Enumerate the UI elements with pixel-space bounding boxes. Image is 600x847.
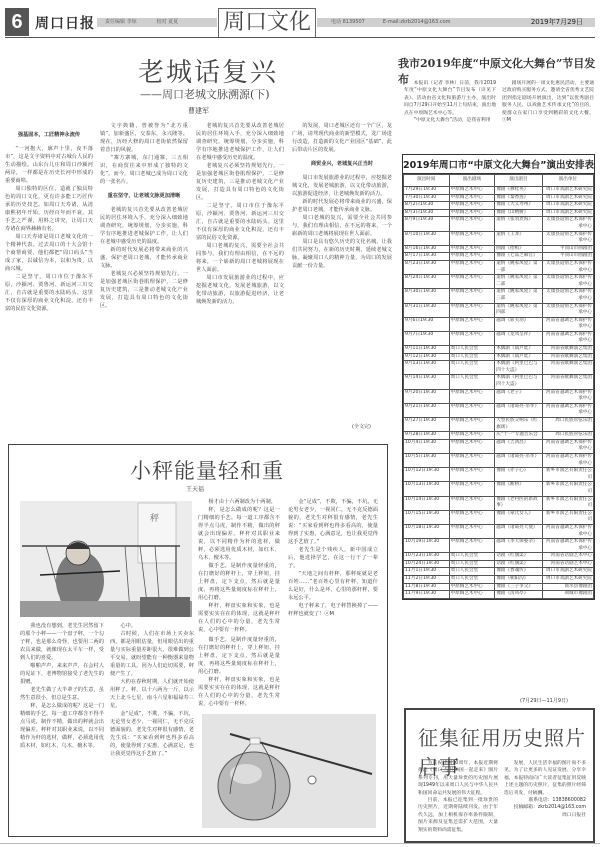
cell-program: 话剧《红旗渠》 — [495, 560, 543, 568]
table-row: 10月12日19:30中原陶艺术中心豫剧《赤子心》新乡市演艺有限责任公司 — [404, 468, 594, 482]
schedule-body: 7月29日19:30中原陶艺术中心豫剧《穆桂英》周口市戏剧艺术研究院7月30日1… — [404, 187, 594, 599]
table-row: 9月11日19:30周口人民会堂木偶剧《葫芦娃》河南省歌舞演艺集团 — [404, 346, 594, 354]
cell-venue: 中原陶艺术中心 — [449, 303, 495, 317]
cell-troupe: 周口市戏剧艺术研究院 — [542, 194, 593, 202]
cell-program: 豫剧《清风亭》 — [495, 591, 543, 599]
cell-venue: 周口人民会堂 — [449, 576, 495, 584]
cell-troupe: 河南省话剧艺术中心 — [542, 553, 593, 561]
cell-troupe: 河南省歌舞演艺集团 — [542, 361, 593, 375]
table-row: 9月20日19:30中原陶艺术中心越调《老子》河南省越调艺术保护传承中心 — [404, 389, 594, 403]
lower-article-column-d: 心中。 古时候，人们在市场上买卖东西，都是用眼估量，但用眼估出的重量与实际重量差… — [110, 622, 194, 832]
cell-troupe: 项城市豫剧团 — [542, 591, 593, 599]
paragraph: 周口老城的复兴，需要全社会共同参与。我们有理由相信，在不远的将来，一个崭新的周口… — [292, 214, 392, 238]
table-row: 8月3日19:30中原陶艺术中心豫剧《山楂树》周口市戏剧艺术研究院 — [404, 209, 594, 217]
paragraph: 老先生做了大半辈子的生意，虽然生意很小，但总是生意。 — [20, 686, 104, 702]
lower-article-column-e: 做手艺，是制作度量轻重的，在打磨好的秤杆上，穿上秤钮，挂上秤盘，定下支点，然后就… — [198, 636, 280, 708]
cell-program: 越调《诸葛亮·吊孝》 — [495, 403, 543, 417]
cell-program: 豫剧《山楂树》 — [495, 209, 543, 217]
cell-troupe: 河南省越调艺术保护传承中心 — [542, 317, 593, 331]
paragraph: 老城复兴必须坚持规划先行。一是加强老城区街巷肌理保护，二是修复历史建筑，三是推动… — [196, 162, 284, 202]
cell-troupe: 河南省歌舞演艺集团 — [542, 375, 593, 389]
paragraph: 为庆祝建国70周年，本报近期将推出《周口 与共和国一起走来》图片系列专刊，用大量… — [418, 760, 498, 797]
notice-signature: 周口日报社 — [504, 812, 586, 819]
paragraph: 金“足成”，不欺，不骗，不坑，无论男女老少，一视同仁，无不克反德面貌的，老先生对… — [110, 710, 194, 758]
table-row: 11月9日19:30中原陶艺术中心豫剧《清风亭》项城市豫剧团 — [404, 591, 594, 599]
cell-venue: 中原陶艺术中心 — [449, 289, 495, 303]
cell-troupe: 河南省越调艺术保护传承中心 — [542, 331, 593, 345]
cell-program: 木偶剧《葫芦娃》 — [495, 353, 543, 361]
paragraph: 做手艺，是制作度量轻重的，在打磨好的秤杆上，穿上秤钮，挂上秤盘，定下支点，然后就… — [198, 562, 280, 602]
paper-name-logo: 周口日报 — [35, 13, 95, 33]
cell-venue: 中原陶艺术中心 — [449, 231, 495, 245]
cell-venue: 中原陶艺术中心 — [449, 418, 495, 432]
table-row: 10月14日19:30中原陶艺术中心豫剧《老村医的新故事》新乡市演艺有限责任公司 — [404, 496, 594, 510]
table-row: 10月18日19:30中原陶艺术中心越调《诸葛亮天使》河南省越调艺术保护传承中心 — [404, 524, 594, 538]
paragraph: 周口老城的复兴，需要全社会共同参与。我们有理由相信，在不远的将来，一个崭新的周口… — [196, 242, 284, 274]
cell-program: 豫剧《赤子心》 — [495, 468, 543, 482]
cell-troupe: 太康县道情艺术保护传承中心 — [542, 303, 593, 317]
cell-venue: 中原陶艺术中心 — [449, 453, 495, 467]
cell-program: 大型民族交响乐《红旗颂》 — [495, 418, 543, 432]
header-time: 演出时间 — [404, 175, 450, 187]
paragraph: “中原文化大舞台”活动，是我省利用 — [404, 117, 496, 124]
paragraph: “寨方寨城，东门通寨，三五相识，在商贸往来中形成了独特的文化”。而今，周口老城已… — [100, 154, 188, 186]
cell-time: 9月7日19:30 — [404, 331, 450, 345]
table-row: 10月15日19:30中原陶艺术中心豫剧《蒙氏女人》新乡市演艺有限责任公司 — [404, 510, 594, 524]
paragraph: 周口是具有悠久历史的文化名城，让我们共同努力，在新的历史时期，延续老城文脉，凝聚… — [292, 238, 392, 270]
paragraph: 杨才由十六两制改为十两制。 — [198, 498, 280, 506]
subheading: 商贸业兴，老城复兴正当时 — [292, 160, 392, 168]
cell-venue: 中原陶艺术中心 — [449, 260, 495, 274]
cell-time: 10月14日19:30 — [404, 496, 450, 510]
cell-troupe: 周口民族管弦乐团 — [542, 418, 593, 432]
cell-troupe: 河南省话剧艺术中心 — [542, 560, 593, 568]
issue-date: 2019年7月29日 — [531, 18, 595, 27]
cell-venue: 中原陶艺术中心 — [449, 591, 495, 599]
cell-program: 豫剧《香魂传》 — [495, 568, 543, 576]
cell-time: 11月2日19:30 — [404, 576, 450, 584]
cell-troupe: 周口民族管弦乐团 — [542, 432, 593, 440]
paragraph: 心中。 — [110, 622, 194, 630]
paragraph: 本报讯（记者 李林）日前，我市2019年度“中原文化大舞台”节目发布（详见下表）… — [404, 80, 496, 117]
cell-time: 10月23日19:30 — [404, 553, 450, 561]
schedule-date-range: (7月29日—11月9日) — [520, 697, 568, 704]
cell-time: 10月4日19:30 — [404, 439, 450, 453]
paragraph: 周口独特的区位，造就了独具特色的周口文化，更有许多能工巧匠传承的历史技艺。如周口… — [5, 185, 93, 233]
cell-program: 木偶剧《阿里巴巴与四十大盗》 — [495, 375, 543, 389]
paragraph: 金“足成”，不欺，不骗，不坑，无论男女老少，一视同仁，无不克反德面貌的，老先生对… — [288, 498, 378, 546]
cell-program: 曲剧《抬棺》 — [495, 245, 543, 253]
paragraph: 老城的复兴首先要从改善老城居民的居住环境入手，充分深入细致地调查研究，统筹规划，… — [196, 122, 284, 162]
cell-venue: 周口人民会堂 — [449, 353, 495, 361]
cell-troupe: 太康县道情艺术保护传承中心 — [542, 260, 593, 274]
cell-troupe: 新乡市演艺有限责任公司 — [542, 496, 593, 510]
paragraph: 文字典籍，曾被誉为“北方重镇”，加新盛区，交泰东，永兴隆等。现在，历经大修的周口… — [100, 122, 188, 154]
email: E-mail:zkrb2014@163.com — [383, 18, 451, 27]
main-article-subtitle: ——周口老城文脉溯源(下) — [140, 86, 270, 102]
cell-program: 道情《姚家凤屋》第三部 — [495, 289, 543, 303]
lower-article-author: 王天福 — [186, 484, 204, 493]
table-row: 8月30日19:30中原陶艺术中心道情《姚家凤屋》第三部太康县道情艺术保护传承中… — [404, 289, 594, 303]
cell-troupe: 太康县道情艺术保护传承中心 — [542, 289, 593, 303]
cell-program: 庆“十一”专题音乐会 — [495, 432, 543, 440]
paragraph: 周口市发展旅游业的过程中，应挖掘老城文化，发展老城旅游，以文化带动旅游，以旅游促… — [196, 274, 284, 306]
table-row: 8月2日19:30中原陶艺术中心豫剧《大义寿州》周口市戏剧艺术研究院 — [404, 202, 594, 210]
cell-time: 10月13日19:30 — [404, 482, 450, 496]
steelyard-scale-icon — [202, 714, 376, 828]
cell-program: 道情《姚家凤屋》第二部 — [495, 275, 543, 289]
cell-venue: 中原陶艺术中心 — [449, 331, 495, 345]
cell-troupe: 周口市戏剧艺术研究院 — [542, 568, 593, 576]
table-row: 10月19日19:30中原陶艺术中心越调《李天保娶亲》河南省越调艺术保护传承中心 — [404, 539, 594, 553]
paragraph: 剧场开展的一项文化惠民活动，主要通过政府购买服务方式，邀请全省优秀文艺院团到指定… — [502, 80, 594, 124]
cell-venue: 周口人民会堂 — [449, 361, 495, 375]
cell-program: 话剧《红旗渠》 — [495, 553, 543, 561]
cell-program: 豫剧《大义寿州》 — [495, 202, 543, 210]
lower-article-column-a: 杨才由十六两制改为十两制。 秤，是怎么做成的呢？这是一门精细的手艺。每一道工序都… — [198, 498, 280, 634]
cell-time: 7月29日19:30 — [404, 187, 450, 195]
schedule-table: 2019年周口市“中原文化大舞台”演出安排表 演出时间 演出剧场 演出剧目 演出… — [402, 154, 595, 600]
cell-troupe: 河南省越调艺术保护传承中心 — [542, 539, 593, 553]
table-row: 11月8日19:30中原陶艺术中心豫剧《三子争父》商水县豫剧团 — [404, 583, 594, 591]
cell-time: 11月8日19:30 — [404, 583, 450, 591]
paragraph: 秤，是怎么做成的呢？这是一门精细的手艺。每一道工序都含不得半点马虎，制作不精，做… — [20, 702, 104, 750]
cell-venue: 中原陶艺术中心 — [449, 496, 495, 510]
table-row: 8月9日19:30中原陶艺术中心道情《张羽煮海》太康县道情艺术保护传承中心 — [404, 217, 594, 231]
cell-venue: 周口人民会堂 — [449, 553, 495, 561]
header-troupe: 演出单位 — [542, 175, 593, 187]
cell-time: 7月30日19:30 — [404, 194, 450, 202]
cell-time: 8月30日19:30 — [404, 289, 450, 303]
paragraph: 老城复兴必须坚持规划先行。一是加强老城区街巷肌理保护，二是修复历史建筑，三是推动… — [100, 270, 188, 310]
cell-venue: 周口人民会堂 — [449, 346, 495, 354]
notice-column-2: 发展，人民生活幸福的图片尚不多见。为了让更多的人见证发展、分享幸福，本报特面向广… — [504, 760, 586, 840]
paragraph: 新的时代发展必将带来商业的兴盛，保护老周口老城，才能传承商业文脉。 — [292, 198, 392, 214]
editor-credit: 责任编辑 李琼 — [105, 18, 137, 27]
lower-article-title: 小秤能量轻和重 — [130, 455, 284, 485]
cell-venue: 中原陶艺术中心 — [449, 510, 495, 524]
table-row: 11月2日19:30周口人民会堂豫剧《朝阳沟》周口市戏剧艺术研究院 — [404, 576, 594, 584]
craftsman-illustration: 秤 — [20, 501, 192, 617]
cell-troupe: 河南省越调艺术保护传承中心 — [542, 439, 593, 453]
paragraph: 周口天寿诸是周口老城文化的一个精神代表。过去周口的十大会馆十个商帮商贾，他们都把… — [5, 233, 93, 273]
table-row: 10月5日19:30中原陶艺术中心越调《诸葛亮·吊孝》河南省越调艺术保护传承中心 — [404, 453, 594, 467]
cell-time: 8月9日19:30 — [404, 217, 450, 231]
cell-troupe: 新乡市演艺有限责任公司 — [542, 468, 593, 482]
table-row: 9月27日19:30中原陶艺术中心大型民族交响乐《红旗颂》周口民族管弦乐团 — [404, 418, 594, 432]
steelyard-photo — [202, 714, 376, 828]
schedule-grid: 演出时间 演出剧场 演出剧目 演出单位 7月29日19:30中原陶艺术中心豫剧《… — [403, 174, 594, 599]
contact-phone: 联系电话：13838600082 — [504, 797, 586, 804]
cell-troupe: 河南省越调艺术保护传承中心 — [542, 524, 593, 538]
table-row: 10月13日19:30中原陶艺术中心豫剧《断桥》新乡市演艺有限责任公司 — [404, 482, 594, 496]
cell-program: 越调《老子》 — [495, 389, 543, 403]
article-end-mark: (全文完) — [352, 423, 371, 430]
table-header-row: 演出时间 演出剧场 演出剧目 演出单位 — [404, 175, 594, 187]
table-row: 9月7日19:30中原陶艺术中心越调《龙凤呈祥》河南省越调艺术保护传承中心 — [404, 331, 594, 345]
cell-time: 8月2日19:30 — [404, 202, 450, 210]
cell-venue: 中原陶艺术中心 — [449, 245, 495, 253]
right-article-column-1: 本报讯（记者 李林）日前，我市2019年度“中原文化大舞台”节目发布（详见下表）… — [404, 80, 496, 140]
svg-text:秤: 秤 — [150, 513, 159, 524]
cell-time: 8月17日19:30 — [404, 253, 450, 261]
cell-program: 越调《龙凤呈祥》 — [495, 331, 543, 345]
cell-troupe: 太康县道情艺术保护传承中心 — [542, 217, 593, 231]
paragraph: 啪啪声声，来来声声，在会村人的见证下，老博物馆接受了老先生的捐赠。 — [20, 662, 104, 686]
header-venue: 演出剧场 — [449, 175, 495, 187]
cell-time: 8月16日19:30 — [404, 245, 450, 253]
cell-venue: 中原陶艺术中心 — [449, 482, 495, 496]
right-article-column-2: 剧场开展的一项文化惠民活动，主要通过政府购买服务方式，邀请全省优秀文艺院团到指定… — [502, 80, 594, 140]
contact-email: 投稿邮箱：zkrb2014@163.com — [504, 804, 586, 811]
photo-call-notice: 征集征用历史照片启事 为庆祝建国70周年，本报近期将推出《周口 与共和国一起走来… — [404, 708, 595, 843]
cell-venue: 周口人民会堂 — [449, 560, 495, 568]
cell-troupe: 太康县道情艺术保护传承中心 — [542, 275, 593, 289]
cell-venue: 中原陶艺术中心 — [449, 317, 495, 331]
table-row: 8月16日19:30中原陶艺术中心曲剧《抬棺》平顶山市曲剧团 — [404, 245, 594, 253]
cell-troupe: 周口市戏剧艺术研究院 — [542, 202, 593, 210]
cell-time: 8月31日19:30 — [404, 303, 450, 317]
cell-program: 越调《诸葛亮·吊孝》 — [495, 453, 543, 467]
table-row: 9月12日19:30周口人民会堂木偶剧《葫芦娃》河南省歌舞演艺集团 — [404, 353, 594, 361]
table-row: 10月4日19:30中原陶艺术中心越调《吉鸿昌》河南省越调艺术保护传承中心 — [404, 439, 594, 453]
cell-time: 8月10日19:30 — [404, 231, 450, 245]
main-article-column-3: 老城的复兴首先要从改善老城居民的居住环境入手，充分深入细致地调查研究，统筹规划，… — [196, 122, 284, 435]
cell-venue: 中原陶艺术中心 — [449, 253, 495, 261]
cell-program: 豫剧《穆桂英》 — [495, 187, 543, 195]
cell-venue: 中原陶艺术中心 — [449, 202, 495, 210]
subheading: 强基固本，工匠精神永流传 — [5, 131, 93, 139]
cell-troupe: 周口市戏剧艺术研究院 — [542, 187, 593, 195]
cell-time: 9月28日19:30 — [404, 432, 450, 440]
cell-program: 豫剧《老村医的新故事》 — [495, 496, 543, 510]
table-row: 8月23日19:30中原陶艺术中心道情《姚家凤屋》第一部太康县道情艺术保护传承中… — [404, 260, 594, 274]
paragraph: 古时候，人们在市场上买卖东西，都是用眼估量，但用眼估出的重量与实际重量差距很大，… — [110, 630, 194, 678]
schedule-title: 2019年周口市“中原文化大舞台”演出安排表 — [403, 155, 594, 174]
table-row: 9月6日19:30中原陶艺术中心越调《斩关羽》河南省越调艺术保护传承中心 — [404, 317, 594, 331]
paragraph: 秤杆、秤盘实象和实象，也是需要实实在在的体现，这就是秤杆在人们的心中的分量，老先… — [198, 602, 280, 634]
table-row: 11月1日19:30周口人民会堂豫剧《香魂传》周口市戏剧艺术研究院 — [404, 568, 594, 576]
cell-program: 道情《姚家凤屋》第四部 — [495, 303, 543, 317]
masthead: 6 周口日报 责任编辑 李琼 校对 夏夏 周口文化 电话 8139507 E-m… — [5, 8, 595, 38]
cell-venue: 中原陶艺术中心 — [449, 194, 495, 202]
table-row: 8月17日19:30中原陶艺术中心豫剧《七品芝麻官》平顶山市曲剧团 — [404, 253, 594, 261]
cell-program: 木偶剧《阿里巴巴与四十大盗》 — [495, 361, 543, 375]
cell-time: 8月23日19:30 — [404, 260, 450, 274]
cell-time: 10月19日19:30 — [404, 539, 450, 553]
paragraph: “一河抱大，廓声十里，夜不落市”，这是文字资料中对古城台人民的生动描绘。山东台儿… — [5, 145, 93, 185]
cell-venue: 中原陶艺术中心 — [449, 524, 495, 538]
cell-program: 越调《李天保娶亲》 — [495, 539, 543, 553]
cell-program: 道情《王莽》 — [495, 231, 543, 245]
cell-venue: 中原陶艺术中心 — [449, 217, 495, 231]
cell-time: 8月3日19:30 — [404, 209, 450, 217]
paragraph: 大约在春秋时期，人们就开始使用秤了。秤，以十六两为一斤，以示天上北斗七星、南斗六… — [110, 678, 194, 710]
cell-venue: 中原陶艺术中心 — [449, 439, 495, 453]
table-row: 9月28日19:30中原陶艺术中心庆“十一”专题音乐会周口民族管弦乐团 — [404, 432, 594, 440]
cell-program: 豫剧《三子争父》 — [495, 583, 543, 591]
paragraph: 秤杆、秤盘实象和实象，也是需要实实在在的体现，这就是秤杆在人们的心中的分量，老先… — [198, 676, 280, 708]
main-article-author: 曹建军 — [188, 106, 209, 116]
cell-time: 9月21日19:30 — [404, 403, 450, 417]
cell-program: 越调《诸葛亮天使》 — [495, 524, 543, 538]
cell-venue: 中原陶艺术中心 — [449, 389, 495, 403]
cell-time: 10月5日19:30 — [404, 453, 450, 467]
cell-program: 豫剧《断桥》 — [495, 482, 543, 496]
cell-troupe: 周口市戏剧艺术研究院 — [542, 209, 593, 217]
table-row: 7月29日19:30中原陶艺术中心豫剧《穆桂英》周口市戏剧艺术研究院 — [404, 187, 594, 195]
cell-program: 豫剧《七品芝麻官》 — [495, 253, 543, 261]
cell-venue: 周口人民会堂 — [449, 568, 495, 576]
cell-troupe: 河南省越调艺术保护传承中心 — [542, 389, 593, 403]
cell-venue: 中原陶艺术中心 — [449, 403, 495, 417]
paragraph: 二是坚守。周口市位于豫东平原，沙颍河、贾鲁河、新运河三川交汇，自古就是重要的水陆… — [196, 202, 284, 242]
masthead-contact-bar: 电话 8139507 E-mail:zkrb2014@163.com 2019年… — [317, 18, 595, 27]
cell-time: 10月15日19:30 — [404, 510, 450, 524]
paragraph: 秤，是怎么做成的呢？这是一门精细的手艺。每一道工序都含不得半点马虎，制作不精，做… — [198, 506, 280, 562]
section-title: 周口文化 — [218, 8, 316, 37]
lower-article-column-c: 我也没有想到，老先生居然留下的那个小秤——一个盘子秤，一个勾子秤，也是那么奇怪，… — [20, 622, 104, 832]
table-row: 8月10日19:30中原陶艺术中心道情《王莽》太康县道情艺术保护传承中心 — [404, 231, 594, 245]
cell-venue: 周口人民会堂 — [449, 375, 495, 389]
cell-troupe: 河南省歌舞演艺集团 — [542, 346, 593, 354]
notice-column-1: 为庆祝建国70周年，本报近期将推出《周口 与共和国一起走来》图片系列专刊，用大量… — [418, 760, 498, 840]
cell-time: 9月20日19:30 — [404, 389, 450, 403]
cell-time: 9月13日19:30 — [404, 361, 450, 375]
table-row: 9月14日19:30周口人民会堂木偶剧《阿里巴巴与四十大盗》河南省歌舞演艺集团 — [404, 375, 594, 389]
cell-venue: 中原陶艺术中心 — [449, 583, 495, 591]
cell-troupe: 河南省歌舞演艺集团 — [542, 353, 593, 361]
cell-time: 8月24日19:30 — [404, 275, 450, 289]
paragraph: 二是坚守。周口市位于豫东平原，沙颍河、贾鲁河、新运河三川交汇，自古就是重要的水陆… — [5, 273, 93, 313]
cell-program: 豫剧《蒙氏女人》 — [495, 510, 543, 524]
table-row: 9月21日19:30中原陶艺术中心越调《诸葛亮·吊孝》河南省越调艺术保护传承中心 — [404, 403, 594, 417]
paragraph: 目前，本报已征集到一批珍贵的历史照片，近期将陆续刊发。由于年代久远，加上相机保存… — [418, 797, 498, 834]
cell-venue: 中原陶艺术中心 — [449, 432, 495, 440]
cell-venue: 中原陶艺术中心 — [449, 468, 495, 482]
paragraph: 发展，人民生活幸福的图片尚不多见。为了让更多的人见证发展、分享幸福，本报特面向广… — [504, 760, 586, 797]
cell-program: 道情《姚家凤屋》第一部 — [495, 260, 543, 274]
cell-troupe: 河南省越调艺术保护传承中心 — [542, 403, 593, 417]
cell-troupe: 平顶山市曲剧团 — [542, 245, 593, 253]
cell-venue: 中原陶艺术中心 — [449, 209, 495, 217]
table-row: 10月23日19:30周口人民会堂话剧《红旗渠》河南省话剧艺术中心 — [404, 553, 594, 561]
paragraph: 做手艺，是制作度量轻重的，在打磨好的秤杆上，穿上秤钮，挂上秤盘，定下支点，然后就… — [198, 636, 280, 676]
cell-time: 11月1日19:30 — [404, 568, 450, 576]
paragraph: 老先生是个残疾人，新中国成立后，他选择学艺，在这一行干了一辈子。 — [288, 546, 378, 570]
cell-time: 9月6日19:30 — [404, 317, 450, 331]
cell-time: 11月9日19:30 — [404, 591, 450, 599]
cell-time: 9月27日19:30 — [404, 418, 450, 432]
cell-venue: 中原陶艺术中心 — [449, 187, 495, 195]
cell-venue: 中原陶艺术中心 — [449, 539, 495, 553]
cell-troupe: 河南省越调艺术保护传承中心 — [542, 453, 593, 467]
cell-program: 豫剧《朝阳沟》 — [495, 576, 543, 584]
paragraph: 周口市发展旅游业的过程中，应挖掘老城文化，发展老城旅游，以文化带动旅游，以旅游促… — [292, 174, 392, 198]
table-row: 8月31日19:30中原陶艺术中心道情《姚家凤屋》第四部太康县道情艺术保护传承中… — [404, 303, 594, 317]
cell-time: 10月24日19:30 — [404, 560, 450, 568]
proofreader-credit: 校对 夏夏 — [157, 18, 179, 27]
table-row: 8月24日19:30中原陶艺术中心道情《姚家凤屋》第二部太康县道情艺术保护传承中… — [404, 275, 594, 289]
cell-time: 10月12日19:30 — [404, 468, 450, 482]
main-article-column-2: 文字典籍，曾被誉为“北方重镇”，加新盛区，交泰东，永兴隆等。现在，历经大修的周口… — [100, 122, 188, 435]
cell-troupe: 周口市戏剧艺术研究院 — [542, 576, 593, 584]
cell-time: 10月18日19:30 — [404, 524, 450, 538]
cell-program: 越调《斩关羽》 — [495, 317, 543, 331]
scale-maker-drawing-icon: 秤 — [20, 501, 192, 617]
cell-program: 豫剧《秦香莲》 — [495, 194, 543, 202]
paragraph: 老城的复兴首先要从改善老城居民的居住环境入手，充分深入细致地调查研究，统筹规划，… — [100, 206, 188, 246]
table-row: 10月24日19:30周口人民会堂话剧《红旗渠》河南省话剧艺术中心 — [404, 560, 594, 568]
lower-article-column-b: 金“足成”，不欺，不骗，不坑，无论男女老少，一视同仁，无不克反德面貌的，老先生对… — [288, 498, 378, 708]
cell-troupe: 新乡市演艺有限责任公司 — [542, 482, 593, 496]
main-article-column-1: 强基固本，工匠精神永流传 “一河抱大，廓声十里，夜不落市”，这是文字资料中对古城… — [5, 125, 93, 435]
cell-troupe: 商水县豫剧团 — [542, 583, 593, 591]
cell-time: 9月12日19:30 — [404, 353, 450, 361]
paragraph: “天地之间有杆秤，那秤砣就是老百姓……”老百姓心里有杆秤，知道什么是好，什么是坏… — [288, 570, 378, 602]
cell-program: 木偶剧《葫芦娃》 — [495, 346, 543, 354]
paragraph: 我也没有想到，老先生居然留下的那个小秤——一个盘子秤，一个勾子秤，也是那么奇怪，… — [20, 622, 104, 662]
table-row: 7月30日19:30中原陶艺术中心豫剧《秦香莲》周口市戏剧艺术研究院 — [404, 194, 594, 202]
cell-troupe: 平顶山市曲剧团 — [542, 253, 593, 261]
masthead-editor-bar: 责任编辑 李琼 校对 夏夏 — [97, 18, 217, 27]
cell-program: 道情《张羽煮海》 — [495, 217, 543, 231]
cell-time: 9月14日19:30 — [404, 375, 450, 389]
paragraph: 新的时代发展必将带来商业的兴盛，保护老周口老城，才能传承商业文脉。 — [100, 246, 188, 270]
phone: 电话 8139507 — [331, 18, 365, 27]
page-number: 6 — [5, 8, 29, 36]
header-program: 演出剧目 — [495, 175, 543, 187]
main-article-title: 老城话复兴 — [138, 52, 278, 89]
subheading: 重在坚守，让老城文脉更加清晰 — [100, 192, 188, 200]
page-bottom-rule — [0, 843, 600, 844]
cell-venue: 中原陶艺术中心 — [449, 275, 495, 289]
cell-time: 9月11日19:30 — [404, 346, 450, 354]
paragraph: 的发展，周口老城区还有一个广区，龙广场，请驾现代商业的新型模式，龙广场进行改造，… — [292, 122, 392, 154]
main-article-column-4: 的发展，周口老城区还有一个广区，龙广场，请驾现代商业的新型模式，龙广场进行改造，… — [292, 122, 392, 402]
cell-troupe: 太康县道情艺术保护传承中心 — [542, 231, 593, 245]
table-row: 9月13日19:30周口人民会堂木偶剧《阿里巴巴与四十大盗》河南省歌舞演艺集团 — [404, 361, 594, 375]
cell-program: 越调《吉鸿昌》 — [495, 439, 543, 453]
cell-troupe: 新乡市演艺有限责任公司 — [542, 510, 593, 524]
paragraph: 电子秤来了，电子秤替换掉了——杆秤也就变了！ⓩM — [288, 602, 378, 618]
